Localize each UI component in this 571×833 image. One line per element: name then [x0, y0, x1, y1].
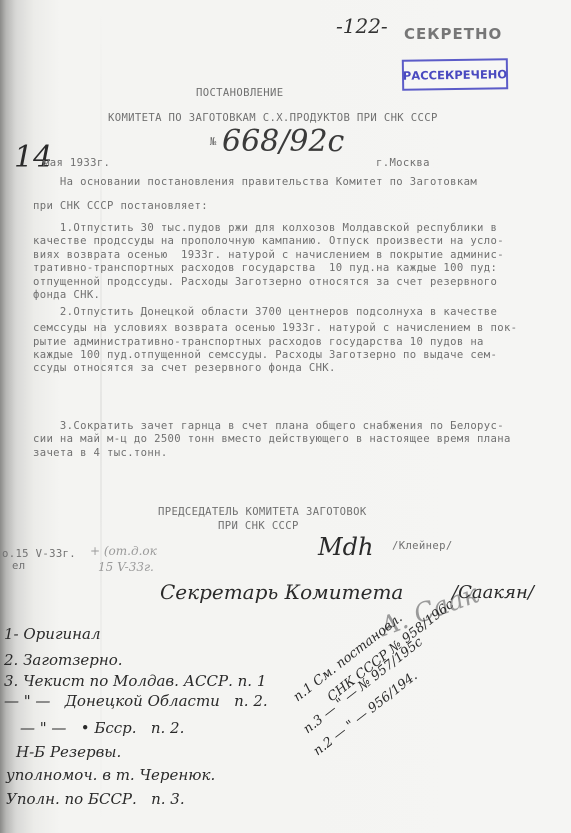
- stamp-declassified: РАССЕКРЕЧЕНО: [402, 58, 508, 90]
- signature-title-1: ПРЕДСЕДАТЕЛЬ КОМИТЕТА ЗАГОТОВОК: [158, 506, 367, 519]
- distribution-item: 1- Оригинал: [4, 625, 101, 643]
- margin-note-pencil-2: 15 V-33г.: [98, 560, 154, 574]
- distribution-item: Н-Б Резервы.: [16, 743, 121, 761]
- body-line: зачета в 4 тыс.тонн.: [33, 447, 168, 460]
- body-line: виях возврата осенью 1933г. натурой с на…: [33, 249, 504, 262]
- body-line: фонда СНК.: [33, 289, 100, 302]
- signature-title-2: ПРИ СНК СССР: [218, 520, 299, 533]
- chairman-name: /Клейнер/: [392, 540, 453, 553]
- distribution-item: Уполн. по БССР. п. 3.: [6, 790, 185, 808]
- chairman-signature: Mdh: [318, 533, 373, 561]
- body-line: качестве продссуды на прополочную кампан…: [33, 235, 504, 248]
- number-prefix: №: [210, 136, 217, 149]
- body-line: рытие административно-транспортных расхо…: [33, 336, 484, 349]
- distribution-item: уполномоч. в т. Черенюк.: [6, 766, 215, 784]
- document-number: 668/92с: [222, 124, 344, 159]
- distribution-item: — " — • Бсср. п. 2.: [20, 719, 184, 737]
- date-text: мая 1933г.: [43, 157, 110, 170]
- stamp-declassified-text: РАССЕКРЕЧЕНО: [403, 67, 507, 82]
- body-line: тративно-транспортных расходов государст…: [33, 262, 497, 275]
- body-line: сии на май м-ц до 2500 тонн вместо дейст…: [33, 433, 511, 446]
- body-line: при СНК СССР постановляет:: [33, 200, 208, 213]
- secretary-name: /Саакян/: [452, 582, 534, 603]
- scanned-page: -122- СЕКРЕТНО РАССЕКРЕЧЕНО ПОСТАНОВЛЕНИ…: [0, 0, 571, 833]
- place: г.Москва: [376, 157, 430, 170]
- body-line: На основании постановления правительства…: [33, 176, 477, 189]
- body-line: семссуды на условиях возврата осенью 193…: [33, 322, 517, 335]
- body-line: 1.Отпустить 30 тыс.пудов ржи для колхозо…: [33, 222, 497, 235]
- heading-title: ПОСТАНОВЛЕНИЕ: [196, 87, 283, 100]
- margin-note-typed-2: ел: [12, 560, 25, 573]
- body-line: каждые 100 пуд.отпущенной семссуды. Расх…: [33, 349, 497, 362]
- distribution-item: 3. Чекист по Молдав. АССР. п. 1: [4, 672, 266, 690]
- page-number: -122-: [336, 14, 388, 38]
- body-line: отпущенной продссуды. Расходы Заготзерно…: [33, 276, 497, 289]
- body-line: 3.Сократить зачет гарнца в счет плана об…: [33, 420, 504, 433]
- stamp-secret: СЕКРЕТНО: [404, 25, 502, 43]
- distribution-item: — " — Донецкой Области п. 2.: [4, 692, 268, 710]
- secretary-label: Секретарь Комитета: [160, 580, 403, 604]
- body-line: 2.Отпустить Донецкой области 3700 центне…: [33, 306, 497, 319]
- body-line: ссуды относятся за счет резервного фонда…: [33, 362, 336, 375]
- distribution-item: 2. Заготзерно.: [4, 651, 123, 669]
- margin-note-pencil: + (от.д.ок: [90, 544, 157, 558]
